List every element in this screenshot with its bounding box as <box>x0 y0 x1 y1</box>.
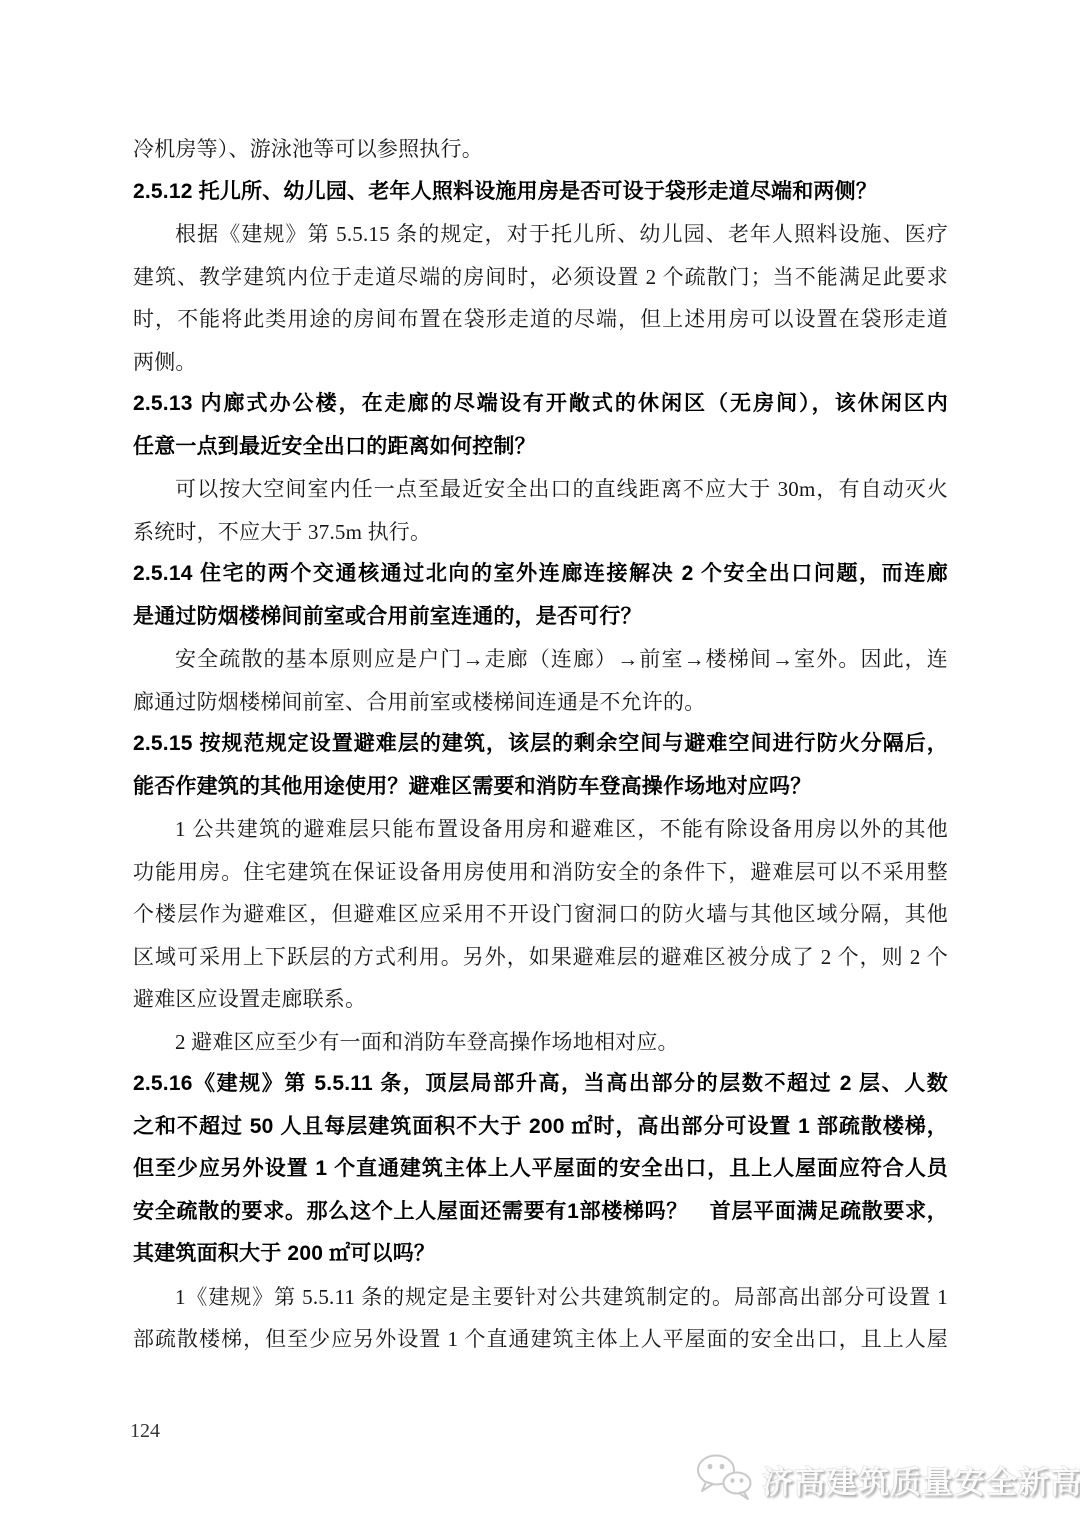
heading-line: 安全疏散的要求。那么这个上人屋面还需要有1部楼梯吗？ 首层平面满足疏散要求， <box>133 1191 948 1234</box>
body-line: 根据《建规》第 5.5.15 条的规定，对于托儿所、幼儿园、老年人照料设施、医疗 <box>133 213 948 256</box>
heading-line: 2.5.15 按规范规定设置避难层的建筑，该层的剩余空间与避难空间进行防火分隔后… <box>133 723 948 766</box>
heading-line: 2.5.13 内廊式办公楼，在走廊的尽端设有开敞式的休闲区（无房间），该休闲区内 <box>133 383 948 426</box>
heading-line: 之和不超过 50 人且每层建筑面积不大于 200 ㎡时，高出部分可设置 1 部疏… <box>133 1106 948 1149</box>
watermark: 济高建筑质量安全新高地 <box>694 1452 1080 1507</box>
heading-line: 2.5.16《建规》第 5.5.11 条，顶层局部升高，当高出部分的层数不超过 … <box>133 1063 948 1106</box>
watermark-text: 济高建筑质量安全新高地 <box>762 1457 1080 1502</box>
body-line: 部疏散楼梯，但至少应另外设置 1 个直通建筑主体上人平屋面的安全出口，且上人屋 <box>133 1318 948 1361</box>
heading-line: 但至少应另外设置 1 个直通建筑主体上人平屋面的安全出口，且上人屋面应符合人员 <box>133 1148 948 1191</box>
heading-line: 2.5.12 托儿所、幼儿园、老年人照料设施用房是否可设于袋形走道尽端和两侧？ <box>133 171 948 214</box>
heading-line: 2.5.14 住宅的两个交通核通过北向的室外连廊连接解决 2 个安全出口问题，而… <box>133 553 948 596</box>
body-line: 建筑、教学建筑内位于走道尽端的房间时，必须设置 2 个疏散门；当不能满足此要求 <box>133 256 948 299</box>
heading-line: 任意一点到最近安全出口的距离如何控制？ <box>133 426 948 469</box>
body-line: 系统时，不应大于 37.5m 执行。 <box>133 511 948 554</box>
body-line: 功能用房。住宅建筑在保证设备用房使用和消防安全的条件下，避难层可以不采用整 <box>133 851 948 894</box>
page-number: 124 <box>130 1420 160 1443</box>
body-line: 两侧。 <box>133 341 948 384</box>
body-line: 1《建规》第 5.5.11 条的规定是主要针对公共建筑制定的。局部高出部分可设置… <box>133 1276 948 1319</box>
document-body: 冷机房等）、游泳池等可以参照执行。2.5.12 托儿所、幼儿园、老年人照料设施用… <box>133 128 948 1361</box>
body-line: 时，不能将此类用途的房间布置在袋形走道的尽端，但上述用房可以设置在袋形走道 <box>133 298 948 341</box>
body-line: 安全疏散的基本原则应是户门→走廊（连廊）→前室→楼梯间→室外。因此，连 <box>133 638 948 681</box>
body-line: 1 公共建筑的避难层只能布置设备用房和避难区，不能有除设备用房以外的其他 <box>133 808 948 851</box>
body-line: 2 避难区应至少有一面和消防车登高操作场地相对应。 <box>133 1021 948 1064</box>
document-page: 冷机房等）、游泳池等可以参照执行。2.5.12 托儿所、幼儿园、老年人照料设施用… <box>0 0 1080 1527</box>
body-line: 冷机房等）、游泳池等可以参照执行。 <box>133 128 948 171</box>
body-line: 可以按大空间室内任一点至最近安全出口的直线距离不应大于 30m，有自动灭火 <box>133 468 948 511</box>
body-line: 区域可采用上下跃层的方式利用。另外，如果避难层的避难区被分成了 2 个，则 2 … <box>133 936 948 979</box>
wechat-icon <box>694 1452 754 1507</box>
heading-line: 是通过防烟楼梯间前室或合用前室连通的，是否可行？ <box>133 596 948 639</box>
body-line: 廊通过防烟楼梯间前室、合用前室或楼梯间连通是不允许的。 <box>133 681 948 724</box>
heading-line: 其建筑面积大于 200 ㎡可以吗？ <box>133 1233 948 1276</box>
heading-line: 能否作建筑的其他用途使用？避难区需要和消防车登高操作场地对应吗？ <box>133 766 948 809</box>
body-line: 避难区应设置走廊联系。 <box>133 978 948 1021</box>
body-line: 个楼层作为避难区，但避难区应采用不开设门窗洞口的防火墙与其他区域分隔，其他 <box>133 893 948 936</box>
